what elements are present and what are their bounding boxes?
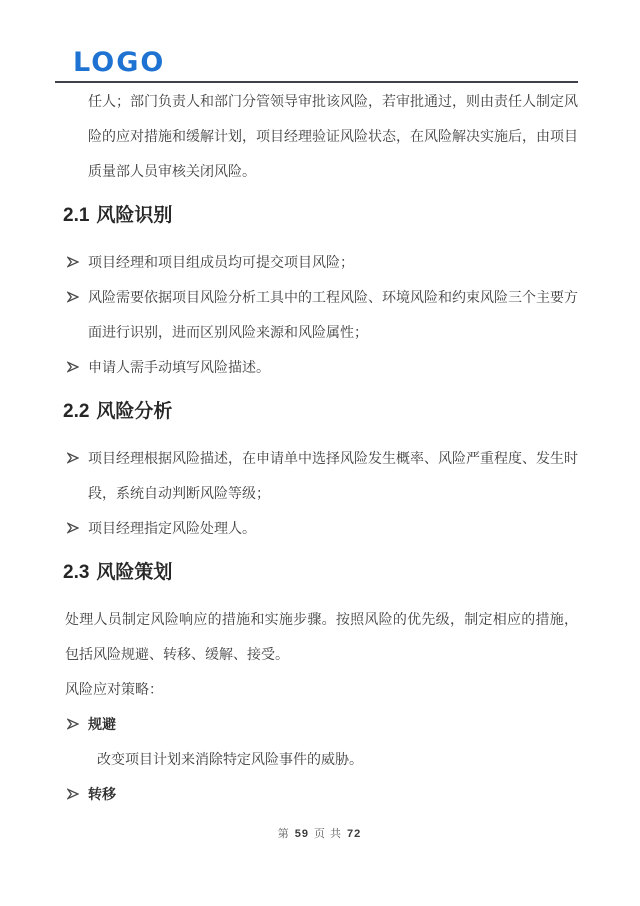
page-content: 任人；部门负责人和部门分管领导审批该风险，若审批通过，则由责任人制定风险的应对措… (0, 84, 640, 812)
strategy-label: 风险应对策略： (65, 672, 578, 707)
intro-paragraph: 任人；部门负责人和部门分管领导审批该风险，若审批通过，则由责任人制定风险的应对措… (88, 84, 578, 189)
section-number: 2.1 (63, 205, 89, 226)
bullet-text: 项目经理根据风险描述，在申请单中选择风险发生概率、风险严重程度、发生时段，系统自… (88, 441, 578, 511)
strategy-name: 规避 (88, 707, 578, 742)
arrow-bullet-icon (65, 245, 88, 280)
list-item: 规避 (65, 707, 578, 742)
bullet-list-2-1: 项目经理和项目组成员均可提交项目风险； 风险需要依据项目风险分析工具中的工程风险… (65, 245, 578, 385)
footer-page-number: 59 (295, 828, 309, 840)
bullet-text: 风险需要依据项目风险分析工具中的工程风险、环境风险和约束风险三个主要方面进行识别… (88, 280, 578, 350)
section-number: 2.3 (63, 562, 89, 583)
list-item: 风险需要依据项目风险分析工具中的工程风险、环境风险和约束风险三个主要方面进行识别… (65, 280, 578, 350)
section-number: 2.2 (63, 401, 89, 422)
section-heading-2-2: 2.2风险分析 (63, 397, 578, 427)
section-title: 风险策划 (96, 562, 172, 583)
list-item: 申请人需手动填写风险描述。 (65, 350, 578, 385)
arrow-bullet-icon (65, 511, 88, 546)
company-logo: LOGO (55, 49, 578, 81)
bullet-text: 项目经理指定风险处理人。 (88, 511, 578, 546)
footer-prefix: 第 (278, 828, 290, 840)
bullet-text: 申请人需手动填写风险描述。 (88, 350, 578, 385)
strategy-name: 转移 (88, 777, 578, 812)
footer-total-pages: 72 (347, 828, 361, 840)
arrow-bullet-icon (65, 441, 88, 476)
document-page: LOGO 任人；部门负责人和部门分管领导审批该风险，若审批通过，则由责任人制定风… (0, 0, 640, 906)
arrow-bullet-icon (65, 777, 88, 812)
section-title: 风险识别 (96, 205, 172, 226)
list-item: 转移 (65, 777, 578, 812)
strategy-description: 改变项目计划来消除特定风险事件的威胁。 (97, 742, 578, 777)
arrow-bullet-icon (65, 350, 88, 385)
list-item: 项目经理根据风险描述，在申请单中选择风险发生概率、风险严重程度、发生时段，系统自… (65, 441, 578, 511)
section-paragraph: 处理人员制定风险响应的措施和实施步骤。按照风险的优先级，制定相应的措施，包括风险… (65, 602, 578, 672)
strategy-list: 规避 改变项目计划来消除特定风险事件的威胁。 转移 (65, 707, 578, 812)
section-heading-2-3: 2.3风险策划 (63, 558, 578, 588)
page-footer: 第59页 共72 (0, 826, 640, 842)
page-header: LOGO (55, 0, 578, 83)
section-heading-2-1: 2.1风险识别 (63, 201, 578, 231)
list-item: 项目经理和项目组成员均可提交项目风险； (65, 245, 578, 280)
bullet-list-2-2: 项目经理根据风险描述，在申请单中选择风险发生概率、风险严重程度、发生时段，系统自… (65, 441, 578, 546)
arrow-bullet-icon (65, 280, 88, 315)
arrow-bullet-icon (65, 707, 88, 742)
section-title: 风险分析 (96, 401, 172, 422)
list-item: 项目经理指定风险处理人。 (65, 511, 578, 546)
bullet-text: 项目经理和项目组成员均可提交项目风险； (88, 245, 578, 280)
footer-middle: 页 共 (314, 828, 342, 840)
